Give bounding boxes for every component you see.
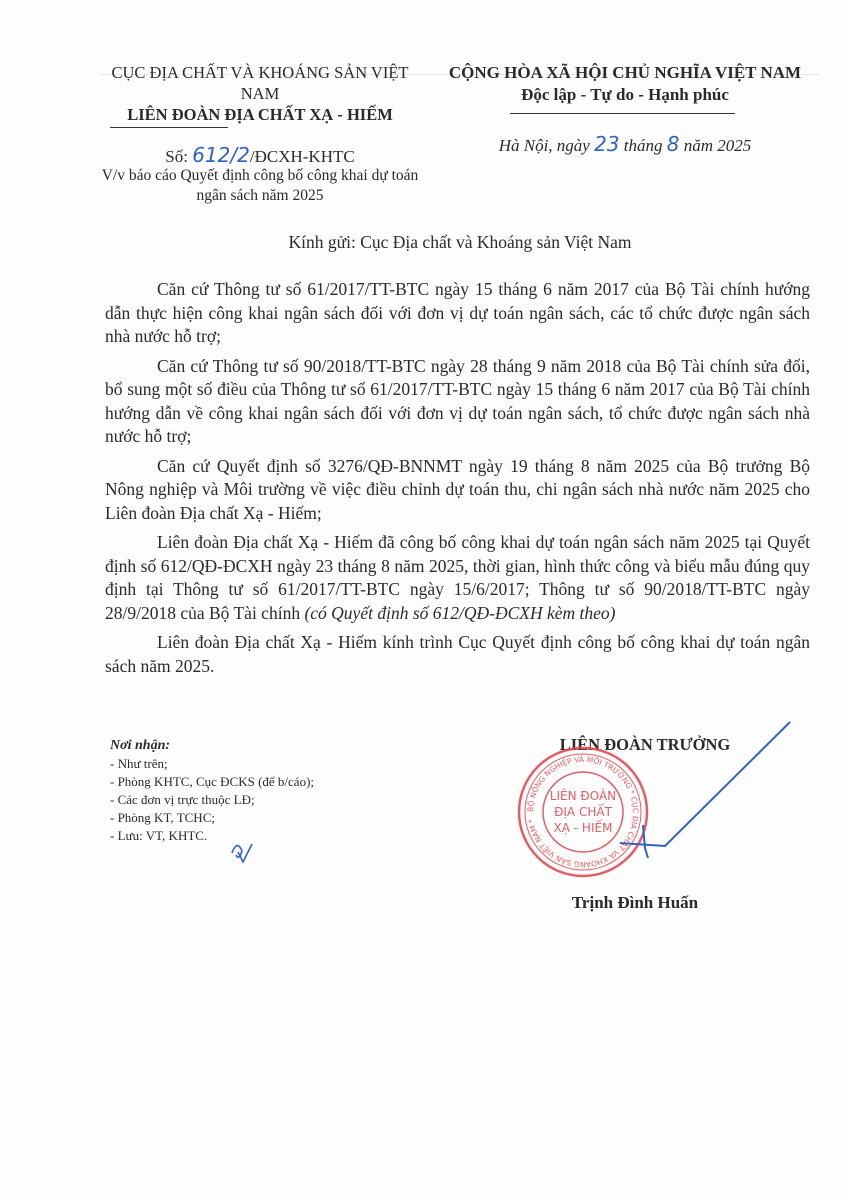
initials-mark-icon: [232, 844, 252, 862]
svg-text:LIÊN ĐOÀN: LIÊN ĐOÀN: [550, 788, 616, 803]
seal-and-signature: BỘ NÔNG NGHIỆP VÀ MÔI TRƯỜNG * CỤC ĐỊA C…: [0, 0, 847, 1200]
svg-text:XẠ - HIẾM: XẠ - HIẾM: [554, 819, 613, 835]
signer-name: Trịnh Đình Huấn: [520, 893, 750, 913]
official-seal-icon: BỘ NÔNG NGHIỆP VÀ MÔI TRƯỜNG * CỤC ĐỊA C…: [519, 748, 647, 876]
svg-text:ĐỊA CHẤT: ĐỊA CHẤT: [554, 803, 612, 819]
